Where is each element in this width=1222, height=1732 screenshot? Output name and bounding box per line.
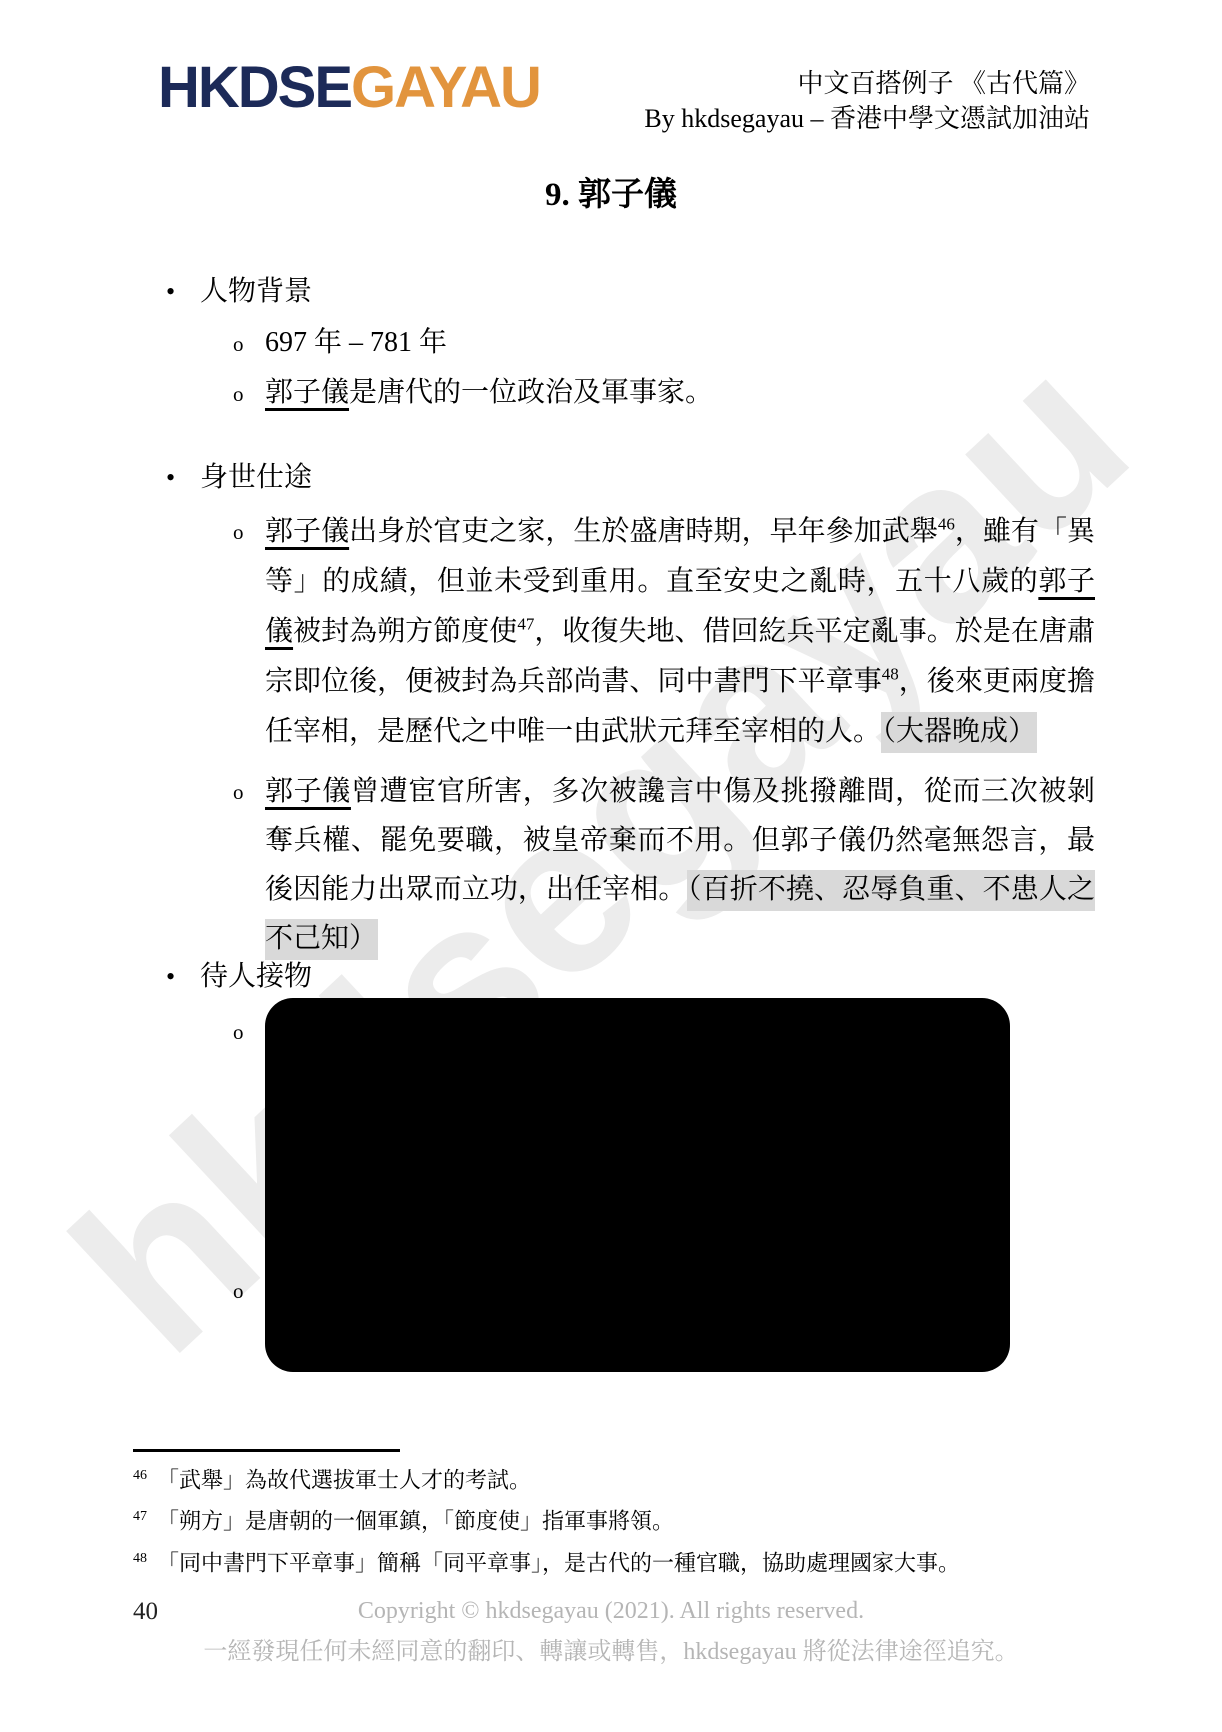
section-heading-background: •人物背景 xyxy=(166,272,312,312)
redacted-content-box xyxy=(265,998,1010,1372)
section-heading-label: 待人接物 xyxy=(200,961,312,992)
bullet-circle-icon: o xyxy=(233,374,265,414)
list-item: o郭子儀是唐代的一位政治及軍事家。 xyxy=(233,373,713,414)
header-subtitle-line1: 中文百搭例子 《古代篇》 xyxy=(644,66,1090,101)
logo-part-gayau: GAYAU xyxy=(351,55,540,120)
list-item-text: 697 年 – 781 年 xyxy=(265,327,447,358)
paragraph-career-2: 郭子儀曾遭宦官所害，多次被讒言中傷及挑撥離間，從而三次被剝奪兵權、罷免要職，被皇… xyxy=(265,767,1095,963)
section-heading-career: •身世仕途 xyxy=(166,458,312,498)
header-subtitle-line2: By hkdsegayau – 香港中學文憑試加油站 xyxy=(644,101,1090,136)
footnote-divider xyxy=(133,1449,400,1452)
bullet-circle-icon: o xyxy=(233,512,244,552)
document-page: hkdsegayau HKDSEGAYAU 中文百搭例子 《古代篇》 By hk… xyxy=(0,0,1222,1732)
footnote-number: 46 xyxy=(133,1468,147,1483)
section-heading-label: 身世仕途 xyxy=(200,462,312,493)
footnote: 47「朔方」是唐朝的一個軍鎮，「節度使」指軍事將領。 xyxy=(133,1503,1093,1535)
footnote-text: 「朔方」是唐朝的一個軍鎮，「節度使」指軍事將領。 xyxy=(157,1509,674,1534)
page-title: 9. 郭子儀 xyxy=(0,168,1222,215)
list-item: o697 年 – 781 年 xyxy=(233,323,447,364)
section-heading-conduct: •待人接物 xyxy=(166,957,312,997)
footnote-number: 47 xyxy=(133,1509,147,1524)
copyright-line2: 一經發現任何未經同意的翻印、轉讓或轉售，hkdsegayau 將從法律途徑追究。 xyxy=(0,1631,1222,1666)
bullet-dot-icon: • xyxy=(166,957,200,997)
paragraph-career-1: 郭子儀出身於官吏之家，生於盛唐時期，早年參加武舉46，雖有「異等」的成績，但並未… xyxy=(265,507,1095,757)
content-layer: HKDSEGAYAU 中文百搭例子 《古代篇》 By hkdsegayau – … xyxy=(0,0,1222,1732)
brand-logo: HKDSEGAYAU xyxy=(158,58,540,118)
bullet-circle-icon: o xyxy=(233,1012,244,1052)
footnotes: 46「武舉」為故代選拔軍士人才的考試。 47「朔方」是唐朝的一個軍鎮，「節度使」… xyxy=(133,1462,1093,1586)
copyright-line1: Copyright © hkdsegayau (2021). All right… xyxy=(0,1598,1222,1625)
bullet-circle-icon: o xyxy=(233,324,265,364)
bullet-circle-icon: o xyxy=(233,772,244,812)
bullet-dot-icon: • xyxy=(166,458,200,498)
footnote-number: 48 xyxy=(133,1551,147,1566)
logo-part-hkdse: HKDSE xyxy=(158,55,351,120)
footnote-text: 「同中書門下平章事」簡稱「同平章事」，是古代的一種官職，協助處理國家大事。 xyxy=(157,1550,960,1575)
footnote: 46「武舉」為故代選拔軍士人才的考試。 xyxy=(133,1462,1093,1494)
list-item-text: 郭子儀是唐代的一位政治及軍事家。 xyxy=(265,377,713,408)
bullet-circle-icon: o xyxy=(233,1271,244,1311)
section-heading-label: 人物背景 xyxy=(200,276,312,307)
footnote-text: 「武舉」為故代選拔軍士人才的考試。 xyxy=(157,1467,531,1492)
header-subtitle: 中文百搭例子 《古代篇》 By hkdsegayau – 香港中學文憑試加油站 xyxy=(644,66,1090,136)
bullet-dot-icon: • xyxy=(166,272,200,312)
footnote: 48「同中書門下平章事」簡稱「同平章事」，是古代的一種官職，協助處理國家大事。 xyxy=(133,1545,1093,1577)
